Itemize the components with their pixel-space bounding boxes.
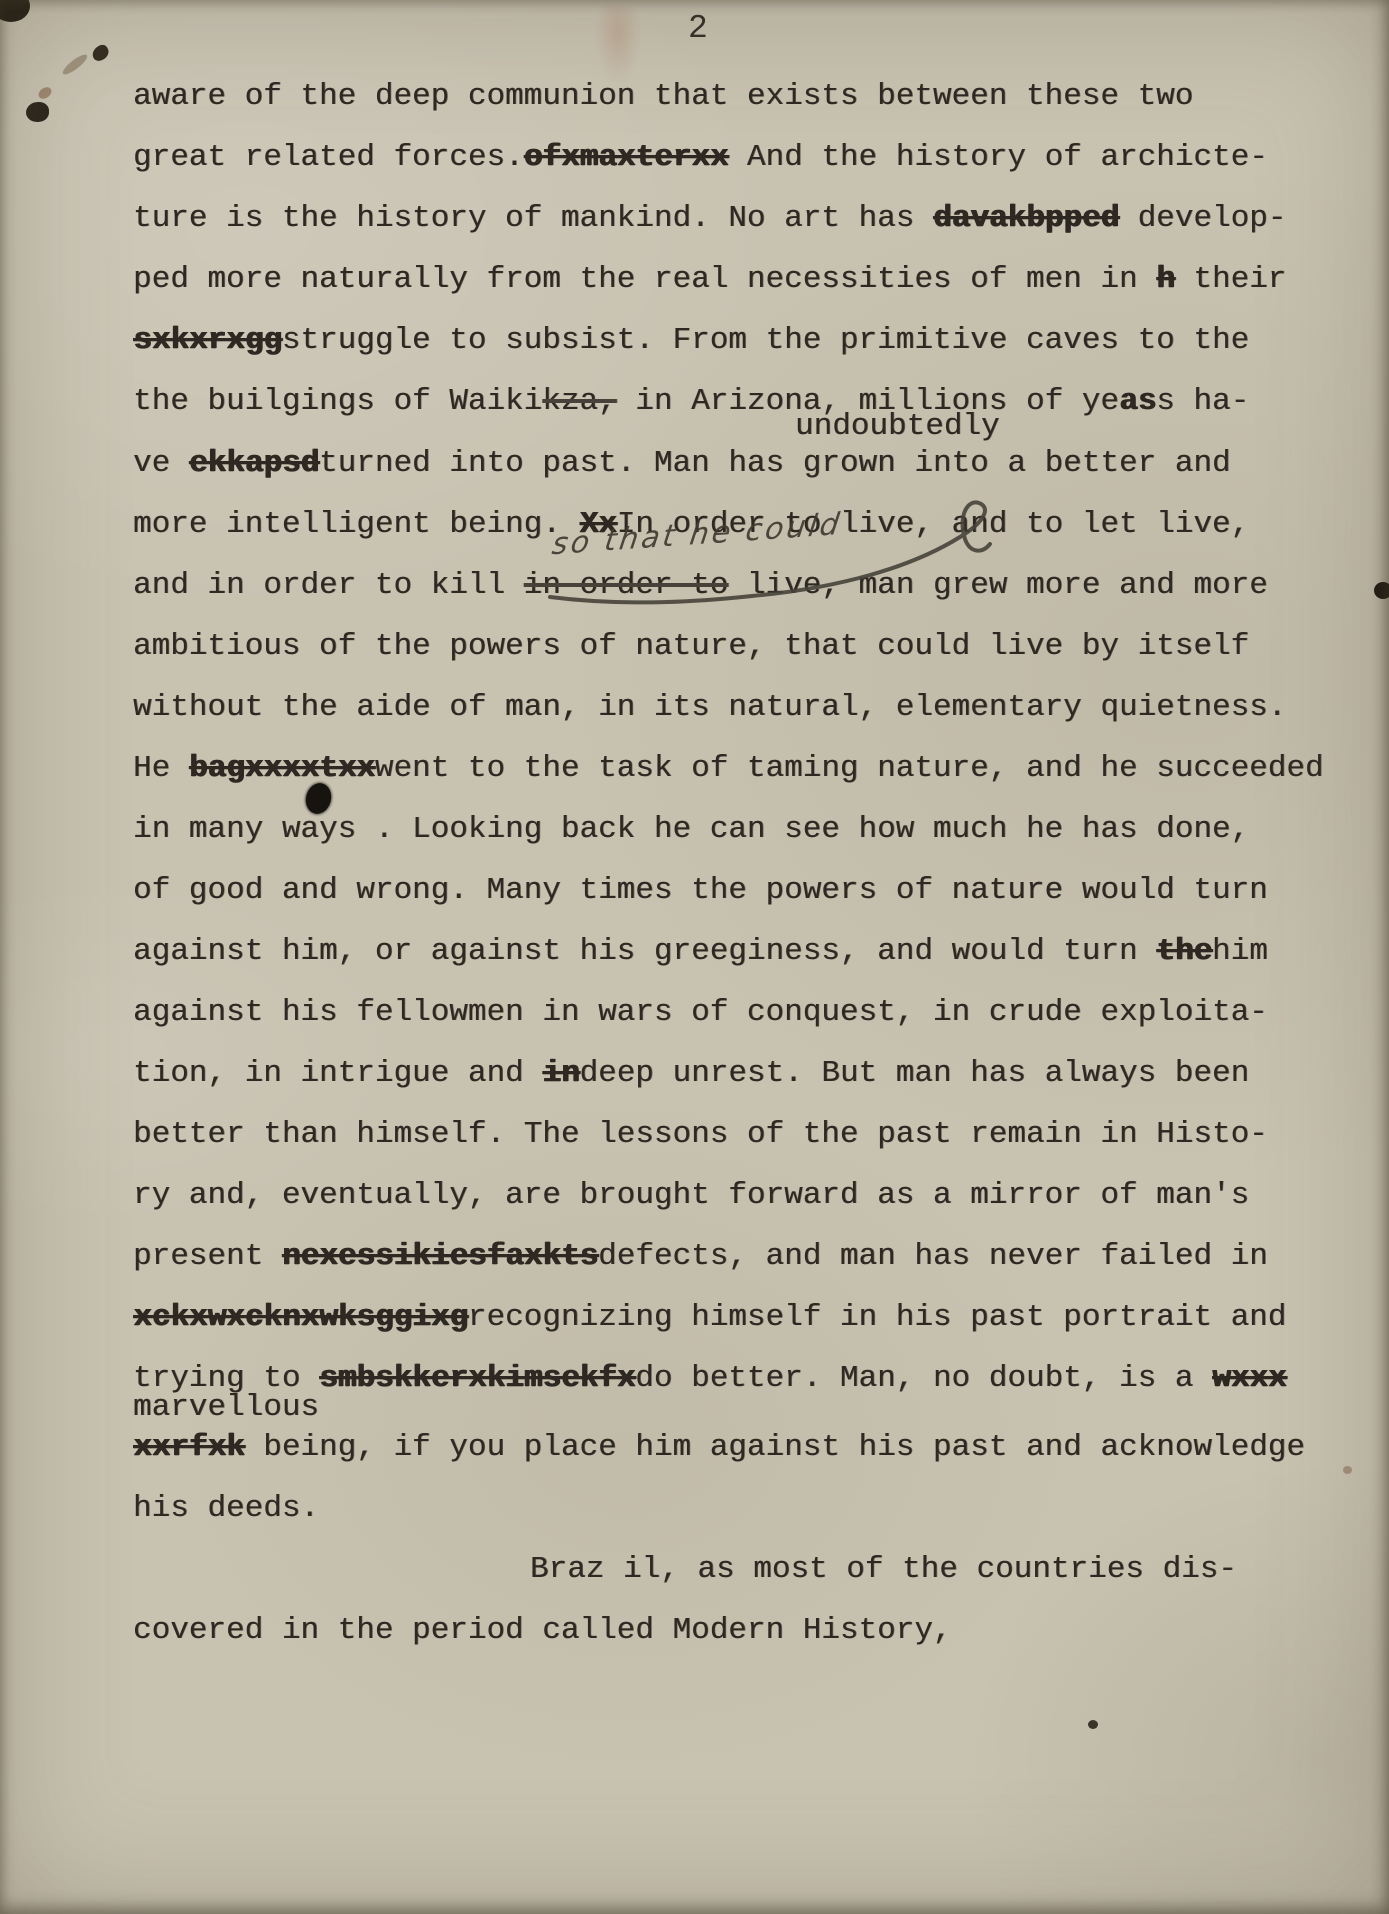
typed-text-segment: He [133, 751, 189, 786]
paper-stain [1343, 1466, 1352, 1474]
pen-strikeout-text: kza, [542, 384, 616, 419]
typed-text-segment: marvellous [133, 1390, 319, 1425]
typed-text-segment: went to the task of taming nature, and h… [375, 751, 1324, 786]
typed-text-segment: great related forces. [133, 140, 524, 175]
typed-text-segment: ped more naturally from the real necessi… [133, 262, 1156, 297]
typewriter-strikeout-text: ekkapsd [189, 446, 319, 481]
text-line: present nexessikiesfaxktsdefects, and ma… [133, 1234, 1383, 1295]
text-line: sxkxrxggstruggle to subsist. From the pr… [133, 318, 1383, 379]
typed-text-segment: him [1212, 934, 1268, 969]
text-line: tion, in intrigue and indeep unrest. But… [133, 1051, 1383, 1112]
text-line: against his fellowmen in wars of conques… [133, 990, 1383, 1051]
text-line: against him, or against his greeginess, … [133, 929, 1383, 990]
typed-text: aware of the deep communion that exists … [133, 74, 1383, 1669]
paper-stain [36, 85, 53, 101]
typed-text-segment: ambitious of the powers of nature, that … [133, 629, 1249, 664]
paper-stain [60, 52, 89, 78]
typed-text-segment: deep unrest. But man has always been [580, 1056, 1250, 1091]
typed-text-segment: better than himself. The lessons of the … [133, 1117, 1268, 1152]
text-line: in many ways . Looking back he can see h… [133, 807, 1383, 868]
typed-text-segment: ry and, eventually, are brought forward … [133, 1178, 1249, 1213]
typed-text-segment: without the aide of man, in its natural,… [133, 690, 1286, 725]
typewriter-strikeout-text: wxxx [1212, 1361, 1286, 1396]
ink-speck [26, 102, 49, 122]
typed-text-segment: his deeds. [133, 1491, 319, 1526]
typed-text-segment: against his fellowmen in wars of conques… [133, 995, 1268, 1030]
typewriter-strikeout-text: ofxmaxterxx [524, 140, 729, 175]
paper-stain [596, 6, 640, 84]
page-number: 2 [688, 10, 708, 47]
typed-text-segment: of good and wrong. Many times the powers… [133, 873, 1268, 908]
typewriter-strikeout-text: bagxxxxtxx [189, 751, 375, 786]
typed-text-segment: the builgings of Waiki [133, 384, 542, 419]
typewriter-strikeout-text: nexessikiesfaxkts [282, 1239, 598, 1274]
typed-text-segment: against him, or against his greeginess, … [133, 934, 1156, 969]
typewriter-strikeout-text: xckxwxcknxwksggixg [133, 1300, 468, 1335]
typewriter-strikeout-text: smbskkerxkimsekfx [319, 1361, 635, 1396]
typed-text-segment: s ha- [1156, 384, 1249, 419]
typed-text-segment: being, if you place him against his past… [245, 1430, 1305, 1465]
text-line: ture is the history of mankind. No art h… [133, 196, 1383, 257]
text-line: Braz il, as most of the countries dis- [133, 1547, 1383, 1608]
typewriter-strikeout-text: in [542, 1056, 579, 1091]
typed-text-segment: turned into past. Man has grown into a b… [319, 446, 1231, 481]
typed-text-segment: tion, in intrigue and [133, 1056, 542, 1091]
typed-text-segment: their [1175, 262, 1287, 297]
text-line: ry and, eventually, are brought forward … [133, 1173, 1383, 1234]
text-line: xxrfxk being, if you place him against h… [133, 1425, 1383, 1486]
typewriter-strikeout-text: xxrfxk [133, 1430, 245, 1465]
typed-text-segment: do better. Man, no doubt, is a [635, 1361, 1212, 1396]
text-line: better than himself. The lessons of the … [133, 1112, 1383, 1173]
typed-text-segment: undoubtedly [795, 409, 1000, 444]
typewriter-strikeout-text: the [1156, 934, 1212, 969]
typed-text-segment: and in order to kill [133, 568, 524, 603]
typed-text-segment: defects, and man has never failed in [598, 1239, 1268, 1274]
text-line: his deeds. [133, 1486, 1383, 1547]
document-page: 2 aware of the deep communion that exist… [0, 0, 1389, 1914]
typed-text-segment: Braz il, as most of the countries dis- [530, 1552, 1237, 1587]
ink-speck [0, 0, 30, 22]
ink-speck [1374, 582, 1389, 599]
typed-text-segment: And the history of archicte- [728, 140, 1268, 175]
text-line: great related forces.ofxmaxterxx And the… [133, 135, 1383, 196]
text-line: ve ekkapsdturned into past. Man has grow… [133, 441, 1383, 502]
typed-text-segment: in many ways . Looking back he can see h… [133, 812, 1249, 847]
typed-text-segment: struggle to subsist. From the primitive … [282, 323, 1249, 358]
text-line: aware of the deep communion that exists … [133, 74, 1383, 135]
text-line: ped more naturally from the real necessi… [133, 257, 1383, 318]
ink-speck [1088, 1720, 1098, 1729]
typed-text-segment: develop- [1119, 201, 1286, 236]
text-line: of good and wrong. Many times the powers… [133, 868, 1383, 929]
typed-text-segment: present [133, 1239, 282, 1274]
text-line: covered in the period called Modern Hist… [133, 1608, 1383, 1669]
typed-text-segment: covered in the period called Modern Hist… [133, 1613, 952, 1648]
text-line: xckxwxcknxwksggixgrecognizing himself in… [133, 1295, 1383, 1356]
overtyped-text: as [1119, 384, 1156, 419]
typewriter-strikeout-text: h [1156, 262, 1175, 297]
typed-text-segment: recognizing himself in his past portrait… [468, 1300, 1287, 1335]
typed-text-segment: ve [133, 446, 189, 481]
typewriter-strikeout-text: sxkxrxgg [133, 323, 282, 358]
typed-text-segment: more intelligent being. [133, 507, 579, 542]
typewriter-strikeout-text: davakbpped [933, 201, 1119, 236]
pen-stroke-swash [520, 495, 1080, 625]
text-line: without the aide of man, in its natural,… [133, 685, 1383, 746]
text-line: ambitious of the powers of nature, that … [133, 624, 1383, 685]
typed-text-segment: ture is the history of mankind. No art h… [133, 201, 933, 236]
typed-text-segment: aware of the deep communion that exists … [133, 79, 1193, 114]
ink-speck [90, 43, 112, 64]
